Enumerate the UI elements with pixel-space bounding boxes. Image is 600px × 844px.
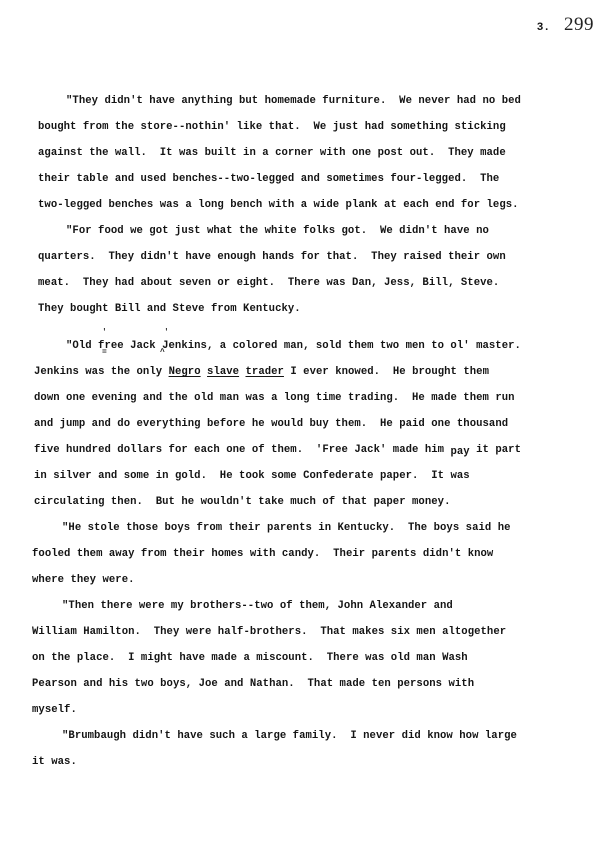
- page-header: 3. 299: [537, 14, 594, 36]
- caret-insert-mark: ^: [160, 349, 165, 357]
- text-line: meat. They had about seven or eight. The…: [38, 276, 499, 290]
- text-line: their table and used benches--two-legged…: [38, 172, 499, 186]
- text-line: myself.: [32, 703, 77, 717]
- underlined-text: Negro: [169, 366, 201, 378]
- text-line: "He stole those boys from their parents …: [62, 521, 511, 535]
- text-line: William Hamilton. They were half-brother…: [32, 625, 506, 639]
- section-number: 3.: [537, 22, 550, 34]
- text-span: Jenkins was the only: [34, 366, 169, 378]
- text-line: against the wall. It was built in a corn…: [38, 146, 506, 160]
- offset-text: pay: [450, 446, 469, 458]
- text-line: "For food we got just what the white fol…: [66, 224, 489, 238]
- text-line: and jump and do everything before he wou…: [34, 417, 508, 431]
- text-line: two-legged benches was a long bench with…: [38, 198, 519, 212]
- text-line: it was.: [32, 755, 77, 769]
- underlined-text: slave: [207, 366, 239, 378]
- text-line: quarters. They didn't have enough hands …: [38, 250, 506, 264]
- underlined-text: trader: [246, 366, 284, 378]
- text-line: five hundred dollars for each one of the…: [34, 443, 521, 457]
- text-span: it part: [470, 444, 521, 456]
- text-line: bought from the store--nothin' like that…: [38, 120, 506, 134]
- text-line: "Old free Jack Jenkins, a colored man, s…: [66, 339, 521, 353]
- apostrophe-mark-before-free: ': [102, 329, 107, 337]
- text-line: They bought Bill and Steve from Kentucky…: [38, 302, 301, 316]
- text-span: five hundred dollars for each one of the…: [34, 444, 450, 456]
- capitalize-mark-under-free: =: [102, 349, 107, 357]
- text-line: on the place. I might have made a miscou…: [32, 651, 468, 665]
- text-line: Pearson and his two boys, Joe and Nathan…: [32, 677, 474, 691]
- page-number: 299: [564, 14, 594, 36]
- text-line: where they were.: [32, 573, 135, 587]
- text-line: down one evening and the old man was a l…: [34, 391, 515, 405]
- text-line: Jenkins was the only Negro slave trader …: [34, 365, 489, 379]
- text-line: "Brumbaugh didn't have such a large fami…: [62, 729, 517, 743]
- text-line: "They didn't have anything but homemade …: [66, 94, 521, 108]
- text-span: I ever knowed. He brought them: [284, 366, 489, 378]
- text-line: "Then there were my brothers--two of the…: [62, 599, 453, 613]
- text-line: fooled them away from their homes with c…: [32, 547, 493, 561]
- text-line: circulating then. But he wouldn't take m…: [34, 495, 450, 509]
- apostrophe-mark-after-jack: ': [164, 329, 169, 337]
- text-line: in silver and some in gold. He took some…: [34, 469, 470, 483]
